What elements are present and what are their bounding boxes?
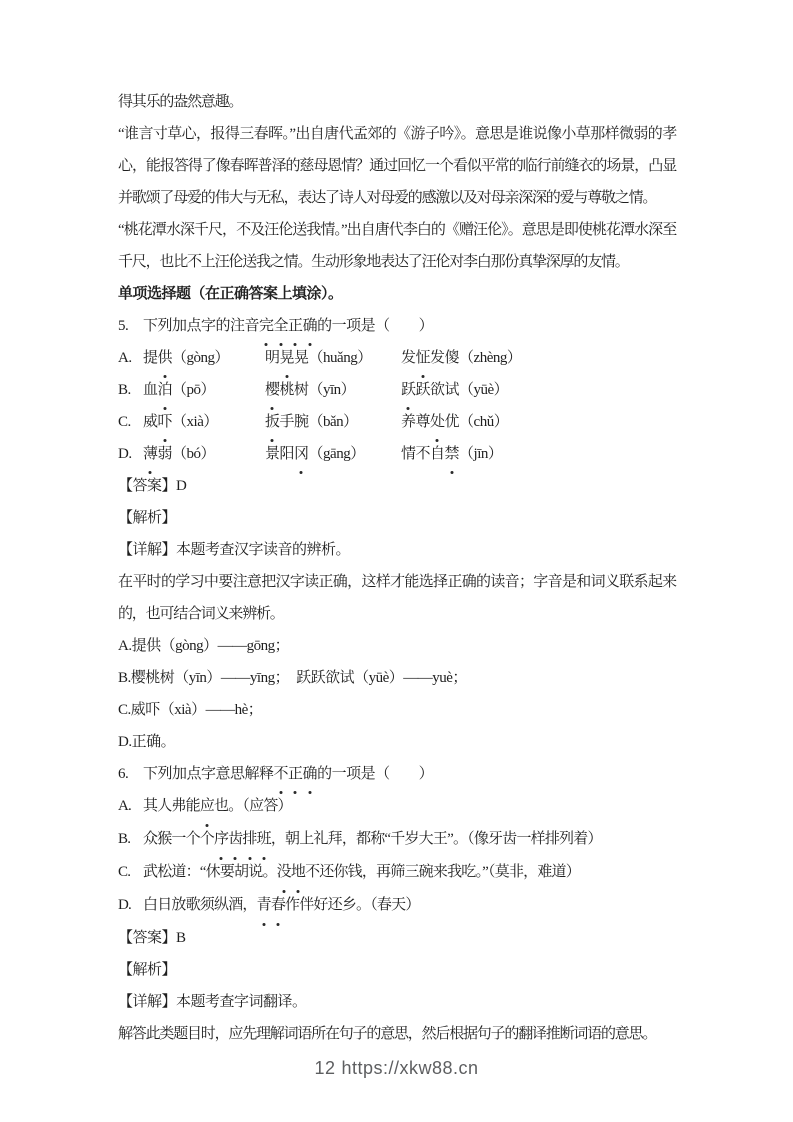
q5-option-b-word-1: 血泊（pō） <box>143 374 265 406</box>
q6-option-b: B. 众猴一个个序齿排班，朝上礼拜，都称“千岁大王”。（像牙齿一样排列着） <box>118 823 676 856</box>
q6-option-d: D. 白日放歌须纵酒，青春作伴好还乡。（春天） <box>118 889 676 922</box>
q5-option-d-word-1: 薄弱（bó） <box>143 438 265 470</box>
q5-explanation: 在平时的学习中要注意把汉字读正确，这样才能选择正确的读音；字音是和词义联系起来的… <box>118 566 676 630</box>
question-6-stem: 6.下列加点字意思解释不正确的一项是（ ） <box>118 758 676 790</box>
page-number: 12 <box>314 1058 335 1078</box>
q5-option-c-word-1: 威吓（xià） <box>143 406 265 438</box>
q6-option-d-text: 白日放歌须纵酒，青春作伴好还乡。（春天） <box>143 889 420 922</box>
q6-option-c: C. 武松道：“休要胡说。没地不还你钱，再筛三碗来我吃。”（莫非，难道） <box>118 856 676 889</box>
q5-option-c: C. 威吓（xià） 扳手腕（bǎn） 养尊处优（chǔ） <box>118 406 676 438</box>
page-footer: 12https://xkw88.cn <box>0 1058 793 1079</box>
question-5-stem: 5.下列加点字的注音完全正确的一项是（ ） <box>118 310 676 342</box>
q5-answer: 【答案】D <box>118 470 676 502</box>
q6-explanation: 解答此类题目时，应先理解词语所在句子的意思，然后根据句子的翻译推断词语的意思。 <box>118 1018 676 1050</box>
q5-option-a-word-1: 提供（gòng） <box>143 342 265 374</box>
q6-option-d-label: D. <box>118 889 143 922</box>
intro-paragraph-3: “桃花潭水深千尺，不及汪伦送我情。”出自唐代李白的《赠汪伦》。意思是即使桃花潭水… <box>118 214 676 278</box>
q5-option-b-label: B. <box>118 374 143 406</box>
q5-detail: 【详解】本题考查汉字读音的辨析。 <box>118 534 676 566</box>
q5-option-d-word-2: 景阳冈（gāng） <box>265 438 401 470</box>
q5-correction-b: B.樱桃树（yīn）——yīng； 跃跃欲试（yūè）——yuè； <box>118 662 676 694</box>
q6-detail: 【详解】本题考查字词翻译。 <box>118 986 676 1018</box>
q6-option-a: A. 其人弗能应也。（应答） <box>118 790 676 823</box>
q5-option-a-label: A. <box>118 342 143 374</box>
q6-option-a-text: 其人弗能应也。（应答） <box>143 790 292 823</box>
question-6-number: 6. <box>118 758 143 790</box>
q5-option-a-word-2: 明晃晃（huǎng） <box>265 342 401 374</box>
q5-option-d-word-3: 情不自禁（jīn） <box>401 438 676 470</box>
question-5-text: 下列加点字的注音完全正确的一项是（ ） <box>143 318 433 334</box>
q5-option-d: D. 薄弱（bó） 景阳冈（gāng） 情不自禁（jīn） <box>118 438 676 470</box>
intro-paragraph-1: 得其乐的盎然意趣。 <box>118 86 676 118</box>
q5-option-a: A. 提供（gòng） 明晃晃（huǎng） 发怔发傻（zhèng） <box>118 342 676 374</box>
q5-option-a-word-3: 发怔发傻（zhèng） <box>401 342 676 374</box>
q5-correction-c: C.威吓（xià）——hè； <box>118 694 676 726</box>
q5-option-c-word-2: 扳手腕（bǎn） <box>265 406 401 438</box>
q6-option-b-label: B. <box>118 823 143 856</box>
q5-option-c-label: C. <box>118 406 143 438</box>
q6-option-c-label: C. <box>118 856 143 889</box>
q5-option-c-word-3: 养尊处优（chǔ） <box>401 406 676 438</box>
q5-correction-d: D.正确。 <box>118 726 676 758</box>
footer-url: https://xkw88.cn <box>341 1058 478 1078</box>
q6-option-b-text: 众猴一个个序齿排班，朝上礼拜，都称“千岁大王”。（像牙齿一样排列着） <box>143 823 602 856</box>
q5-option-b: B. 血泊（pō） 樱桃树（yīn） 跃跃欲试（yūè） <box>118 374 676 406</box>
q5-analysis-label: 【解析】 <box>118 502 676 534</box>
q6-option-a-label: A. <box>118 790 143 823</box>
q6-answer: 【答案】B <box>118 922 676 954</box>
q5-option-d-label: D. <box>118 438 143 470</box>
question-6-text: 下列加点字意思解释不正确的一项是（ ） <box>143 766 433 782</box>
intro-paragraph-2: “谁言寸草心，报得三春晖。”出自唐代孟郊的《游子吟》。意思是谁说像小草那样微弱的… <box>118 118 676 214</box>
question-5-number: 5. <box>118 310 143 342</box>
q5-option-b-word-3: 跃跃欲试（yūè） <box>401 374 676 406</box>
section-heading: 单项选择题（在正确答案上填涂）。 <box>118 278 676 310</box>
q6-option-c-text: 武松道：“休要胡说。没地不还你钱，再筛三碗来我吃。”（莫非，难道） <box>143 856 580 889</box>
q5-correction-a: A.提供（gòng）——gōng； <box>118 630 676 662</box>
q6-analysis-label: 【解析】 <box>118 954 676 986</box>
q5-option-b-word-2: 樱桃树（yīn） <box>265 374 401 406</box>
exam-document-page: 得其乐的盎然意趣。 “谁言寸草心，报得三春晖。”出自唐代孟郊的《游子吟》。意思是… <box>0 0 793 1122</box>
